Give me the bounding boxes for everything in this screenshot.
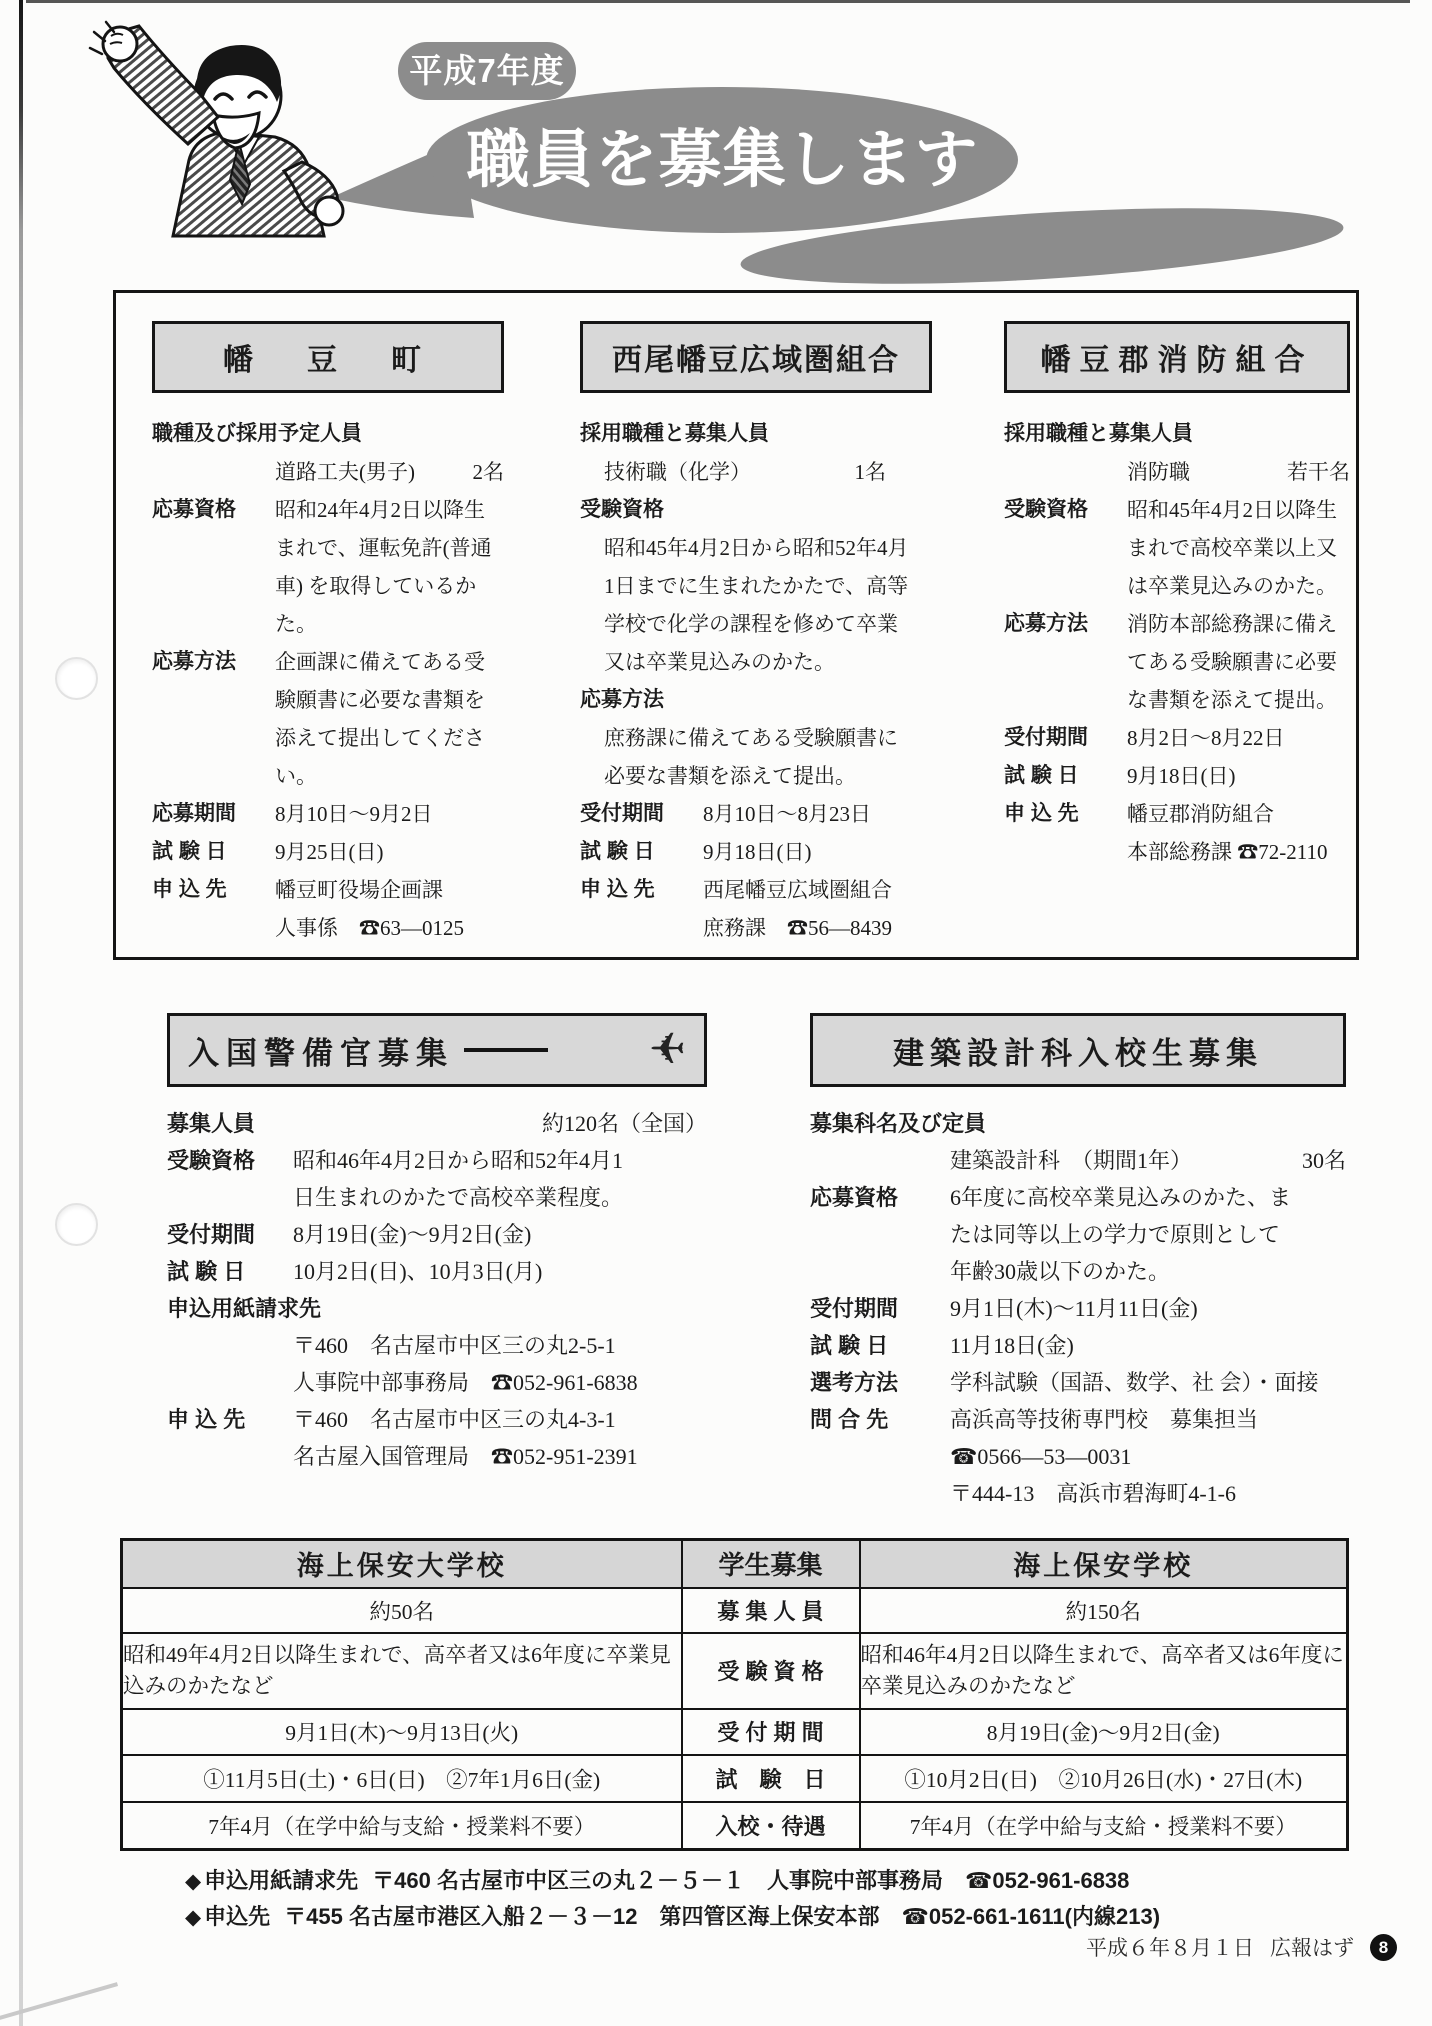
section-title: 入国警備官募集 — [188, 1028, 454, 1073]
form-request-address: 〒460 名古屋市中区三の丸2-5-1 — [167, 1327, 707, 1364]
period-row: 応募期間 8月10日～9月2日 — [152, 795, 504, 833]
footer-notes: ◆ 申込用紙請求先 〒460 名古屋市中区三の丸２－５－１ 人事院中部事務局 ☎… — [185, 1864, 1330, 1936]
course-heading: 募集科名及び定員 — [810, 1105, 1346, 1142]
contact-row: 問 合 先 高浜高等技術専門校 募集担当 — [810, 1401, 1346, 1438]
apply-contact: 庶務課 ☎56—8439 — [580, 909, 932, 947]
page-number-badge: 8 — [1370, 1934, 1397, 1961]
qualification-row: 受験資格 昭和45年4月2日以降生まれで高校卒業以上又は卒業見込みのかた。 — [1004, 491, 1350, 605]
scan-edge-left — [19, 0, 23, 2026]
hazu-town-section: 幡 豆 町 職種及び採用予定人員 道路工夫(男子) 2名 応募資格 昭和24年4… — [152, 321, 504, 947]
municipal-recruitment-box: 幡 豆 町 職種及び採用予定人員 道路工夫(男子) 2名 応募資格 昭和24年4… — [113, 290, 1359, 960]
nishio-hazu-union-section: 西尾幡豆広域圏組合 採用職種と募集人員 技術職（化学） 1名 受験資格 昭和45… — [580, 321, 932, 947]
exam-date-row: 試 験 日 10月2日(日)、10月3日(月) — [167, 1253, 707, 1290]
section-title: 建築設計科入校生募集 — [831, 1028, 1325, 1073]
course-name: 建築設計科 （期間1年） — [950, 1142, 1192, 1179]
exam-date-row: 試 験 日 9月18日(日) — [580, 833, 932, 871]
method-row: 応募方法 消防本部総務課に備えてある受験願書に必要な書類を添えて提出。 — [1004, 605, 1350, 719]
method-heading: 応募方法 — [580, 681, 932, 719]
table-row: ①11月5日(土)・6日(日) ②7年1月6日(金) 試 験 日 ①10月2日(… — [122, 1755, 1348, 1802]
qualification-row: 応募資格 昭和24年4月2日以降生まれで、運転免許(普通車) を取得しているかた… — [152, 491, 504, 643]
job-count: 1名 — [855, 453, 887, 491]
form-request-office: 人事院中部事務局 ☎052-961-6838 — [167, 1364, 707, 1401]
field-heading: 採用職種と募集人員 — [580, 415, 932, 453]
university-header: 海上保安大学校 — [122, 1540, 682, 1588]
apply-contact: 人事係 ☎63—0125 — [152, 909, 504, 947]
people-row: 募集人員 約120名（全国） — [167, 1105, 707, 1142]
bulletin-page: 平成7年度 職員を募集します 幡 豆 町 職種及び採用予定人員 道路工夫(男子)… — [0, 0, 1432, 2026]
method-row: 応募方法 企画課に備えてある受験願書に必要な書類を添えて提出してください。 — [152, 643, 504, 795]
main-title: 職員を募集します — [435, 116, 1010, 206]
course-row: 建築設計科 （期間1年） 30名 — [810, 1142, 1346, 1179]
year-badge: 平成7年度 — [398, 42, 576, 100]
table-row: 約50名 募 集 人 員 約150名 — [122, 1588, 1348, 1633]
period-row: 受付期間 8月10日～8月23日 — [580, 795, 932, 833]
selection-row: 選考方法 学科試験（国語、数学、社 会）・面接 — [810, 1364, 1346, 1401]
qualification-row: 受験資格 昭和46年4月2日から昭和52年4月1日生まれのかたで高校卒業程度。 — [167, 1142, 707, 1216]
diamond-icon: ◆ — [185, 1869, 201, 1894]
immigration-guard-section: 入国警備官募集 ✈ 募集人員 約120名（全国） 受験資格 昭和46年4月2日か… — [167, 1013, 707, 1475]
job-row: 消防職 若干名 — [1004, 453, 1350, 491]
job-count: 2名 — [473, 453, 505, 491]
qualification-text: 昭和45年4月2日から昭和52年4月1日までに生まれたかたで、高等学校で化学の課… — [580, 529, 916, 681]
section-title: 幡 豆 町 — [152, 321, 504, 393]
decorative-line — [464, 1048, 548, 1052]
exam-date-row: 試 験 日 11月18日(金) — [810, 1327, 1346, 1364]
issue-date: 平成６年８月１日 — [1086, 1932, 1254, 1962]
coast-guard-table: 海上保安大学校 学生募集 海上保安学校 約50名 募 集 人 員 約150名 昭… — [120, 1538, 1349, 1851]
field-heading: 職種及び採用予定人員 — [152, 415, 504, 453]
exam-date-row: 試 験 日 9月18日(日) — [1004, 757, 1350, 795]
section-title-box: 建築設計科入校生募集 — [810, 1013, 1346, 1087]
recruit-header: 学生募集 — [682, 1540, 860, 1588]
page-footer: 平成６年８月１日 広報はず 8 — [1086, 1932, 1397, 1962]
table-row: 昭和49年4月2日以降生まれで、高卒者又は6年度に卒業見込みのかたなど 受 験 … — [122, 1633, 1348, 1709]
qualification-heading: 受験資格 — [580, 491, 932, 529]
job-row: 技術職（化学） 1名 — [580, 453, 932, 491]
table-row: 9月1日(木)～9月13日(火) 受 付 期 間 8月19日(金)～9月2日(金… — [122, 1709, 1348, 1755]
period-row: 受付期間 8月2日～8月22日 — [1004, 719, 1350, 757]
course-count: 30名 — [1302, 1142, 1346, 1179]
contact-address: 〒444-13 高浜市碧海町4-1-6 — [810, 1475, 1346, 1512]
punch-hole — [55, 657, 98, 700]
diamond-icon: ◆ — [185, 1905, 201, 1930]
section-title-box: 入国警備官募集 ✈ — [167, 1013, 707, 1087]
apply-office: 名古屋入国管理局 ☎052-951-2391 — [167, 1438, 707, 1475]
job-row: 道路工夫(男子) 2名 — [152, 453, 504, 491]
section-title: 幡豆郡消防組合 — [1004, 321, 1350, 393]
period-row: 受付期間 8月19日(金)～9月2日(金) — [167, 1216, 707, 1253]
punch-hole — [55, 1203, 98, 1246]
contact-phone: ☎0566—53—0031 — [810, 1438, 1346, 1475]
form-request-heading: 申込用紙請求先 — [167, 1290, 707, 1327]
method-text: 庶務課に備えてある受験願書に必要な書類を添えて提出。 — [580, 719, 916, 795]
job-count: 若干名 — [1287, 453, 1350, 491]
job-name: 道路工夫(男子) — [275, 453, 415, 491]
apply-row: 申 込 先 幡豆郡消防組合 — [1004, 795, 1350, 833]
form-request-note: ◆ 申込用紙請求先 〒460 名古屋市中区三の丸２－５－１ 人事院中部事務局 ☎… — [185, 1864, 1330, 1895]
apply-contact: 本部総務課 ☎72-2110 — [1004, 833, 1350, 871]
table-row: 7年4月（在学中給与支給・授業料不要） 入校・待遇 7年4月（在学中給与支給・授… — [122, 1802, 1348, 1850]
publication-name: 広報はず — [1270, 1932, 1354, 1962]
apply-note: ◆ 申込先 〒455 名古屋市港区入船２－３－12 第四管区海上保安本部 ☎05… — [185, 1900, 1330, 1931]
cheering-man-illustration — [78, 14, 348, 242]
apply-row: 申 込 先 〒460 名古屋市中区三の丸4-3-1 — [167, 1401, 707, 1438]
airplane-icon: ✈ — [649, 1028, 686, 1072]
exam-date-row: 試 験 日 9月25日(日) — [152, 833, 504, 871]
period-row: 受付期間 9月1日(木)～11月11日(金) — [810, 1290, 1346, 1327]
school-header: 海上保安学校 — [860, 1540, 1348, 1588]
apply-row: 申 込 先 幡豆町役場企画課 — [152, 871, 504, 909]
table-header-row: 海上保安大学校 学生募集 海上保安学校 — [122, 1540, 1348, 1588]
architecture-course-section: 建築設計科入校生募集 募集科名及び定員 建築設計科 （期間1年） 30名 応募資… — [810, 1013, 1346, 1512]
job-name: 技術職（化学） — [604, 453, 751, 491]
apply-row: 申 込 先 西尾幡豆広域圏組合 — [580, 871, 932, 909]
section-title: 西尾幡豆広域圏組合 — [580, 321, 932, 393]
qualification-row: 応募資格 6年度に高校卒業見込みのかた、または同等以上の学力で原則として年齢30… — [810, 1179, 1346, 1290]
job-name: 消防職 — [1127, 453, 1190, 491]
hazu-fire-union-section: 幡豆郡消防組合 採用職種と募集人員 消防職 若干名 受験資格 昭和45年4月2日… — [1004, 321, 1350, 871]
scan-streak — [0, 1982, 118, 2022]
field-heading: 採用職種と募集人員 — [1004, 415, 1350, 453]
